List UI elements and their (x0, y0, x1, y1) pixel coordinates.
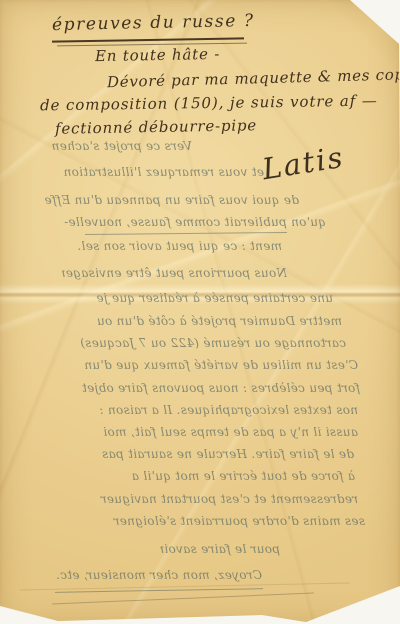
letter-line-compo: de composition (150), je suis votre af — (40, 92, 378, 115)
letter-heading: épreuves du russe ? (52, 11, 255, 35)
bleed-underline (85, 232, 287, 235)
bleed-through-line: Vers ce projet s'achemine — (52, 139, 192, 156)
bleed-through-line: Nous pourrions peut être envisager (62, 266, 287, 283)
letter-line-haste: En toute hâte - (95, 45, 220, 65)
bleed-through-line: une certaine pensée à réaliser que je (48, 291, 333, 308)
signature-latis: Latis (260, 140, 347, 186)
bleed-through-line: C'est un milieu de variété fameux que d'… (38, 358, 358, 375)
bleed-through-line: de quoi vous faire un panneau d'un Effel (45, 193, 299, 210)
letter-line-devore: Dévoré par ma maquette & mes copies (107, 65, 400, 91)
heading-underline (52, 37, 244, 42)
corner-fold-shading (330, 0, 400, 70)
bottom-crease-line (52, 593, 314, 605)
bleed-through-line: Croyez, mon cher monsieur, etc. (52, 568, 262, 585)
bleed-through-line: cartonnage ou résumé (422 ou 7 Jacques) (40, 336, 346, 353)
bleed-through-line: nos textes lexicographiques. Il a raison… (38, 403, 358, 420)
letter-line-fect: fectionné débourre-pipe (55, 116, 257, 138)
bleed-through-line: à force de tout écrire le mot qu'il a (40, 469, 355, 486)
bleed-through-line: pour le faire savoir (160, 542, 280, 559)
bleed-through-line: fort peu célèbres : nous pouvons faire o… (35, 381, 360, 398)
bleed-through-line: aussi il n'y a pas de temps seul fait, m… (40, 425, 358, 442)
bleed-through-line: et vous remarquez l'illustration (50, 165, 264, 182)
bleed-through-line: mettre Daumier projeté à côté d'un ou (42, 314, 342, 331)
bleed-through-line: qu'on publierait comme fausse, nouvelle- (38, 215, 326, 232)
bleed-through-line: ment : ce qui peut avoir son sel. (78, 239, 282, 256)
bleed-through-line: de le faire faire. Hercule ne saurait pa… (42, 447, 354, 464)
aged-paper-sheet: Vers ce projet s'achemine — et vous rema… (0, 0, 400, 624)
scanned-letter-scene: Vers ce projet s'achemine — et vous rema… (0, 0, 400, 624)
bleed-through-line: redressement et c'est pourtant naviguer (38, 492, 358, 509)
bleed-through-line: ses mains d'ordre pourraient s'éloigner (35, 514, 365, 531)
